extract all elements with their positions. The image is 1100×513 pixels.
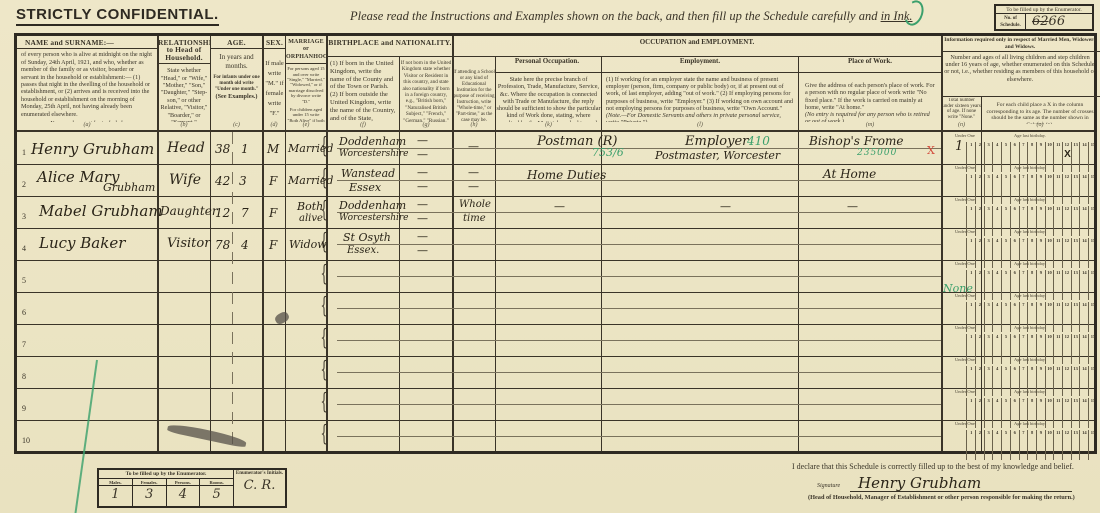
half-row-divider (337, 340, 941, 341)
brace: { (321, 424, 328, 446)
row1-employment-code: 410 (747, 134, 770, 148)
row3-sex: F (269, 206, 277, 220)
column-letter-a: (a) (17, 122, 157, 128)
row-divider (17, 164, 1094, 165)
column-e-title: MARRIAGE or ORPHANHOOD. (286, 36, 326, 64)
divider (452, 56, 941, 57)
row-divider (17, 260, 1094, 261)
rooms-label: Rooms. (200, 479, 233, 486)
persons-label: Persons. (167, 479, 200, 486)
column-m-header: Give the address of each person's place … (799, 76, 941, 122)
row1-nationality: — (417, 134, 428, 147)
schedule-number-label: No. of Schedule. (996, 14, 1026, 31)
column-h-body: If attending a School or any kind of Edu… (453, 70, 495, 122)
row2-education: — (468, 180, 479, 193)
row-divider (17, 420, 1094, 421)
column-d-body: If male write "M." if female write "F." (264, 49, 285, 122)
row2-place-of-work: At Home (823, 167, 876, 181)
enumerator-caption: To be filled up by the Enumerator. (99, 470, 234, 479)
row-divider (17, 196, 1094, 197)
column-l-note: (Note.—For Domestic Servants and others … (606, 112, 794, 122)
column-a-title: NAME and SURNAME:— (17, 36, 157, 49)
enumerator-box: To be filled up by the Enumerator. Males… (97, 468, 287, 508)
persons-value: 4 (167, 486, 200, 504)
row-divider (17, 324, 1094, 325)
row4-nationality: — (417, 230, 428, 243)
column-e-body: For persons aged 15 and over write "Sing… (286, 64, 326, 106)
ink-blot (167, 422, 247, 448)
row2-age-months: 3 (239, 174, 247, 188)
row3-education: time (463, 213, 486, 224)
row4-marriage: Widow (289, 238, 327, 251)
children-info-header: Number and ages of all living children a… (943, 54, 1097, 94)
row1-occupation-code: 753/6 (592, 146, 624, 159)
half-row-divider (337, 436, 941, 437)
age-grid-caption: Age last birthday. (1014, 325, 1046, 330)
half-row-divider (337, 276, 941, 277)
column-k-body: State here the precise branch of Profess… (496, 76, 601, 122)
column-letter-l: (l) (602, 122, 798, 128)
age-grid-caption: Age last birthday. (1014, 293, 1046, 298)
schedule-number-value: 6266 (1032, 14, 1065, 29)
column-letter-m: (m) (799, 122, 941, 128)
row4-age-months: 4 (241, 238, 249, 252)
row1-place-code: 235000 (857, 148, 897, 158)
column-b-body: State whether "Head," or "Wife," "Mother… (158, 64, 210, 122)
age-grid-caption: Age last birthday. (1014, 197, 1046, 202)
row1-sex: M (267, 142, 279, 156)
row1-age-years: 38 (215, 142, 230, 156)
under-one-label: Under One (955, 325, 975, 330)
column-f-body: (1) If born in the United Kingdom, write… (328, 58, 399, 122)
row2-nationality: — (417, 166, 428, 179)
column-f-group-header: BIRTHPLACE and NATIONALITY. (328, 36, 452, 56)
row-number: 2 (22, 180, 26, 189)
row2-sex: F (269, 174, 277, 188)
row3-name: Mabel Grubham (39, 202, 163, 220)
column-o-body: For each child place a X in the column c… (983, 102, 1097, 124)
row-divider (17, 292, 1094, 293)
column-c-note: For infants under one month old write "U… (211, 75, 262, 93)
males-cell: Males.1 (99, 479, 133, 506)
row3-place-of-work: — (847, 200, 858, 213)
age-grid-caption: Age last birthday. (1014, 229, 1046, 234)
column-m-note: (No entry is required for any person who… (805, 111, 935, 122)
column-m-title: Place of Work. (799, 58, 941, 72)
row1-birthplace-county: Worcestershire (339, 149, 409, 159)
divider (941, 96, 1100, 97)
column-letter-k: (k) (496, 122, 601, 128)
row-divider (17, 356, 1094, 357)
signature-note: (Head of Household, Manager of Establish… (808, 494, 1075, 501)
age-grid-caption: Age last birthday. (1014, 421, 1046, 426)
occupation-group-title: OCCUPATION and EMPLOYMENT. (453, 39, 941, 55)
column-c-footer: (See Examples.) (211, 93, 262, 100)
column-c-header: AGE. In years and months. For infants un… (211, 36, 262, 122)
under-one-label: Under One (955, 389, 975, 394)
males-value: 1 (99, 486, 132, 504)
age-grid-caption: Age last birthday. (1014, 261, 1046, 266)
column-b-title: RELATIONSHIP to Head of Household. (158, 36, 210, 64)
column-k-header: State here the precise branch of Profess… (496, 76, 601, 122)
row1-nationality: — (417, 148, 428, 161)
divider (17, 130, 1094, 132)
corrected-number: 66 (1049, 14, 1066, 29)
under-one-label: Under One (955, 357, 975, 362)
under-one-label: Under One (955, 293, 975, 298)
row3-nationality: — (417, 212, 428, 225)
brace: { (321, 328, 328, 350)
row2-age-years: 42 (215, 174, 230, 188)
column-l-title: Employment. (602, 58, 798, 72)
signature-value: Henry Grubham (858, 474, 981, 492)
row-number: 8 (22, 372, 26, 381)
column-letter-d: (d) (263, 122, 285, 128)
column-letter-n: (n) (942, 122, 981, 128)
row3-age-years: 12 (215, 206, 230, 220)
column-e-header: MARRIAGE or ORPHANHOOD. For persons aged… (286, 36, 326, 122)
row4-sex: F (269, 238, 277, 252)
row4-birthplace-county: Essex. (347, 245, 379, 256)
census-form-table: NAME and SURNAME:— of every person who i… (14, 33, 1097, 454)
rooms-value: 5 (200, 486, 233, 504)
enumerator-initials-label: Enumerator's Initials. (234, 470, 285, 478)
rooms-cell: Rooms.5 (200, 479, 233, 506)
column-k-title: Personal Occupation. (453, 58, 601, 72)
females-label: Females. (133, 479, 166, 486)
column-letter-g: (g) (400, 122, 452, 128)
schedule-number-box: To be filled up by the Enumerator. No. o… (994, 4, 1094, 31)
fill-instructions: Please read the Instructions and Example… (350, 9, 913, 24)
married-info-header: Information required only in respect of … (943, 37, 1097, 51)
row2-surname: Grubham (103, 181, 155, 194)
row3-orphanhood: alive (299, 213, 323, 224)
column-letter-c: (c) (211, 122, 262, 128)
row4-relationship: Visitor (167, 236, 210, 251)
row4-birthplace-town: St Osyth (343, 231, 391, 244)
row3-birthplace-town: Doddenham (339, 199, 406, 212)
under-one-label: Under One (955, 261, 975, 266)
row1-red-mark: X (927, 144, 935, 157)
row4-age-years: 78 (215, 238, 230, 252)
column-letter-e: (e) (286, 122, 326, 128)
row-number: 1 (22, 148, 26, 157)
row-number: 10 (22, 436, 30, 445)
column-m-body: Give the address of each person's place … (805, 82, 935, 111)
under-one-label: Under One (955, 421, 975, 426)
row-number: 5 (22, 276, 26, 285)
column-b-header: RELATIONSHIP to Head of Household. State… (158, 36, 210, 122)
row2-occupation: Home Duties (527, 168, 606, 182)
half-row-divider (337, 308, 941, 309)
row1-name: Henry Grubham (31, 140, 154, 158)
column-a-header: NAME and SURNAME:— of every person who i… (17, 36, 157, 122)
age-grid-caption: Age last birthday. (1014, 389, 1046, 394)
brace: { (321, 264, 328, 286)
under-one-label: Under One (955, 197, 975, 202)
column-d-title: SEX. (264, 36, 285, 49)
row2-birthplace-town: Wanstead (341, 167, 395, 180)
row2-marriage: Married (288, 174, 333, 187)
row3-relationship: Daughter (160, 204, 218, 218)
row-number: 9 (22, 404, 26, 413)
half-row-divider (337, 372, 941, 373)
half-row-divider (337, 404, 941, 405)
row-number: 4 (22, 244, 26, 253)
divider (495, 72, 941, 73)
row-number: 3 (22, 212, 26, 221)
row3-education: Whole (459, 199, 491, 210)
brace: { (321, 296, 328, 318)
row3-birthplace-county: Worcestershire (339, 213, 409, 223)
row1-marriage: Married (288, 142, 333, 155)
row3-nationality: — (417, 198, 428, 211)
row4-nationality: — (417, 244, 428, 257)
column-g-body: If not born in the United Kingdom state … (400, 60, 452, 122)
age-grid-caption: Age last birthday. (1014, 133, 1046, 138)
row-divider (17, 388, 1094, 389)
females-cell: Females.3 (133, 479, 167, 506)
row2-birthplace-county: Essex (349, 181, 381, 194)
instructions-text: Please read the Instructions and Example… (350, 9, 881, 23)
divider (326, 56, 452, 57)
enumerator-initials-cell: Enumerator's Initials. C. R. (234, 470, 285, 506)
persons-cell: Persons.4 (167, 479, 201, 506)
row1-relationship: Head (167, 140, 205, 156)
age-cells: 123456789101112131415 (954, 430, 1097, 460)
column-l-header: (1) If working for an employer state the… (602, 76, 798, 122)
brace: { (321, 392, 328, 414)
row1-age-months: 1 (241, 142, 249, 156)
row2-nationality: — (417, 180, 428, 193)
females-value: 3 (133, 486, 166, 504)
column-d-header: SEX. If male write "M." if female write … (264, 36, 285, 122)
under-one-label: Under One (955, 165, 975, 170)
struck-number: 62 (1032, 14, 1049, 29)
under-one-label: Under One (955, 133, 975, 138)
column-letter-b: (b) (158, 122, 210, 128)
enumerator-counts: Males.1 Females.3 Persons.4 Rooms.5 (99, 479, 234, 506)
column-a-body: of every person who is alive at midnight… (17, 49, 157, 120)
row-divider (17, 228, 1094, 229)
age-grid-caption: Age last birthday. (1014, 165, 1046, 170)
age-grid-caption: Age last birthday. (1014, 357, 1046, 362)
row1-education: — (468, 140, 479, 153)
row3-occupation: — (554, 200, 565, 213)
brace: { (321, 360, 328, 382)
column-c-body: In years and months. (211, 49, 262, 75)
column-letter-o: (o) (983, 122, 1097, 128)
declaration-text: I declare that this Schedule is correctl… (792, 462, 1074, 471)
column-c-title: AGE. (211, 36, 262, 49)
under-one-label: Under One (955, 229, 975, 234)
divider (941, 51, 1100, 52)
row1-employment: Employer (685, 134, 748, 149)
column-l-body: (1) If working for an employer state the… (606, 76, 794, 112)
row2-education: — (468, 166, 479, 179)
row3-employment: — (720, 200, 731, 213)
row1-birthplace-town: Doddenham (339, 135, 406, 148)
column-f-title: BIRTHPLACE and NATIONALITY. (328, 36, 452, 48)
schedule-box-caption: To be filled up by the Enumerator. (996, 6, 1092, 14)
column-letter-h: (h) (453, 122, 495, 128)
column-e-note: For children aged under 15 write "Both A… (286, 106, 326, 122)
row1-employer-name: Postmaster, Worcester (655, 149, 780, 162)
signature-label: Signature (817, 483, 840, 489)
row-number: 7 (22, 340, 26, 349)
row2-relationship: Wife (169, 172, 201, 188)
males-label: Males. (99, 479, 132, 486)
column-n-body: Total number under sixteen years of age.… (942, 98, 981, 124)
enumerator-initials-value: C. R. (234, 478, 285, 493)
row-number: 6 (22, 308, 26, 317)
row4-name: Lucy Baker (39, 234, 125, 252)
page-title: STRICTLY CONFIDENTIAL. (16, 6, 219, 26)
child-age-cross: X (1064, 152, 1071, 158)
row1-place-of-work: Bishop's Frome (809, 134, 904, 148)
row3-age-months: 7 (241, 206, 249, 220)
age-divider (232, 132, 233, 451)
column-letter-f: (f) (327, 122, 399, 128)
row3-orphanhood: Both (297, 200, 323, 213)
